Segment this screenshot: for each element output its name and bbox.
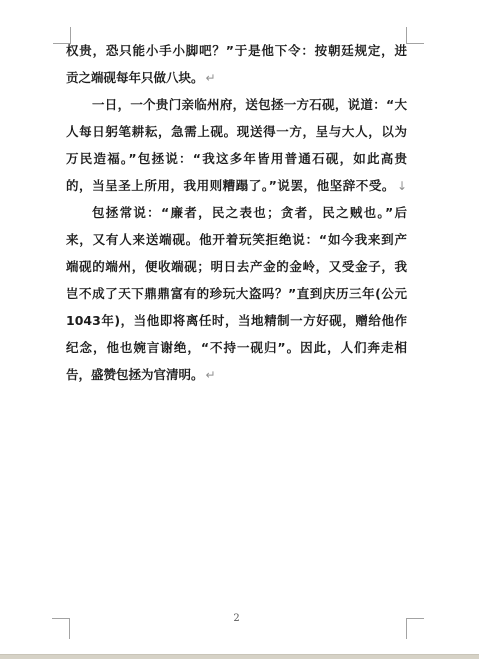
text-run: 1043年)，当他即将离任时，当地精制一方好砚，赠给他作 [66, 313, 407, 328]
text-run: 一日，一个贵门亲临州府，送包拯一方石砚，说道：“大 [92, 97, 407, 112]
text-line[interactable]: 端砚的端州，便收端砚；明日去产金的金岭，又受金子，我 [66, 253, 407, 280]
text-line[interactable]: 1043年)，当他即将离任时，当地精制一方好砚，赠给他作 [66, 307, 407, 334]
text-line[interactable]: 万民造福。”包拯说：“我这多年皆用普通石砚，如此高贵 [66, 145, 407, 172]
text-line[interactable]: 权贵，恐只能小手小脚吧？”于是他下令：按朝廷规定，进 [66, 37, 407, 64]
text-run: 端砚的端州，便收端砚；明日去产金的金岭，又受金子，我 [66, 259, 407, 274]
text-run: 贡之端砚每年只做八块。 [66, 70, 204, 85]
text-run: 万民造福。”包拯说：“我这多年皆用普通石砚，如此高贵 [66, 151, 407, 166]
text-boundary-mark-bottom-right [406, 618, 424, 639]
text-run: 告，盛赞包拯为官清明。 [66, 367, 204, 382]
text-run: 人每日躬笔耕耘，急需上砚。现送得一方，呈与大人，以为 [66, 124, 407, 139]
text-run: 权贵，恐只能小手小脚吧？”于是他下令：按朝廷规定，进 [66, 43, 407, 58]
paragraph-mark: ↵ [206, 368, 216, 382]
document-page: 权贵，恐只能小手小脚吧？”于是他下令：按朝廷规定，进贡之端砚每年只做八块。↵一日… [0, 0, 479, 659]
text-line[interactable]: 纪念，他也婉言谢绝，“不持一砚归”。因此，人们奔走相 [66, 334, 407, 361]
page-number: 2 [66, 613, 407, 624]
text-line[interactable]: 告，盛赞包拯为官清明。↵ [66, 361, 407, 388]
text-run: 纪念，他也婉言谢绝，“不持一砚归”。因此，人们奔走相 [66, 340, 407, 355]
text-run: 来，又有人来送端砚。他开着玩笑拒绝说：“如今我来到产 [66, 232, 407, 247]
paragraph-mark: ↵ [206, 71, 216, 85]
text-line[interactable]: 一日，一个贵门亲临州府，送包拯一方石砚，说道：“大 [66, 91, 407, 118]
text-line[interactable]: 的，当呈圣上所用，我用则糟蹋了。”说罢，他坚辞不受。↓ [66, 172, 407, 199]
text-line[interactable]: 来，又有人来送端砚。他开着玩笑拒绝说：“如今我来到产 [66, 226, 407, 253]
text-line[interactable]: 包拯常说：“廉者，民之表也；贪者，民之贼也。”后 [66, 199, 407, 226]
page-edge-background [0, 654, 479, 659]
text-line[interactable]: 人每日躬笔耕耘，急需上砚。现送得一方，呈与大人，以为 [66, 118, 407, 145]
text-boundary-mark-top-right [406, 27, 424, 44]
text-run: 的，当呈圣上所用，我用则糟蹋了。”说罢，他坚辞不受。 [66, 178, 395, 193]
text-line[interactable]: 贡之端砚每年只做八块。↵ [66, 64, 407, 91]
line-break-mark: ↓ [397, 179, 407, 193]
text-run: 岂不成了天下鼎鼎富有的珍玩大盗吗？”直到庆历三年(公元 [66, 286, 407, 301]
text-run: 包拯常说：“廉者，民之表也；贪者，民之贼也。”后 [92, 205, 407, 220]
text-line[interactable]: 岂不成了天下鼎鼎富有的珍玩大盗吗？”直到庆历三年(公元 [66, 280, 407, 307]
document-text[interactable]: 权贵，恐只能小手小脚吧？”于是他下令：按朝廷规定，进贡之端砚每年只做八块。↵一日… [66, 37, 407, 388]
